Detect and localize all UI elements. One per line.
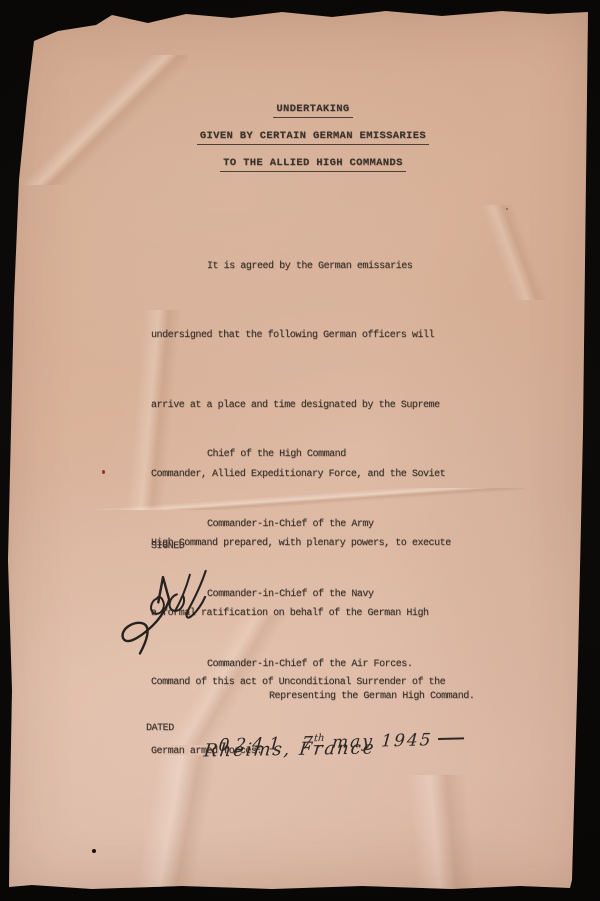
signed-label: SIGNED	[151, 541, 184, 552]
heading-line-3: TO THE ALLIED HIGH COMMANDS	[0, 145, 586, 184]
heading-line-1-text: UNDERTAKING	[273, 103, 352, 118]
officer-item: Chief of the High Command	[207, 443, 412, 466]
officer-item: Commander-in-Chief of the Army	[207, 513, 412, 536]
heading-line-3-text: TO THE ALLIED HIGH COMMANDS	[220, 157, 406, 172]
officer-list: Chief of the High Command Commander-in-C…	[207, 396, 412, 724]
red-ink-speck	[102, 470, 105, 474]
heading-line-2-text: GIVEN BY CERTAIN GERMAN EMISSARIES	[197, 130, 429, 145]
paragraph-line: undersigned that the following German of…	[151, 324, 451, 347]
photo-background: UNDERTAKING GIVEN BY CERTAIN GERMAN EMIS…	[0, 0, 600, 901]
representing-line: Representing the German High Command.	[269, 691, 474, 702]
signature-stroke-d	[168, 575, 192, 612]
signature-stroke-j	[120, 577, 172, 654]
ink-flourish	[437, 738, 463, 740]
officer-item: Commander-in-Chief of the Air Forces.	[207, 653, 412, 676]
officer-item: Commander-in-Chief of the Navy	[207, 583, 412, 606]
paper-speck	[506, 208, 508, 210]
paragraph-line: It is agreed by the German emissaries	[151, 255, 451, 278]
place-handwritten: Rheims, France	[203, 737, 377, 761]
signature-stroke-o	[150, 597, 164, 614]
document-paper: UNDERTAKING GIVEN BY CERTAIN GERMAN EMIS…	[0, 0, 600, 901]
jodl-signature	[106, 565, 226, 666]
paper-hole-speck	[92, 849, 96, 853]
signature-stroke-l	[184, 571, 208, 618]
dated-label: DATED	[146, 723, 174, 734]
